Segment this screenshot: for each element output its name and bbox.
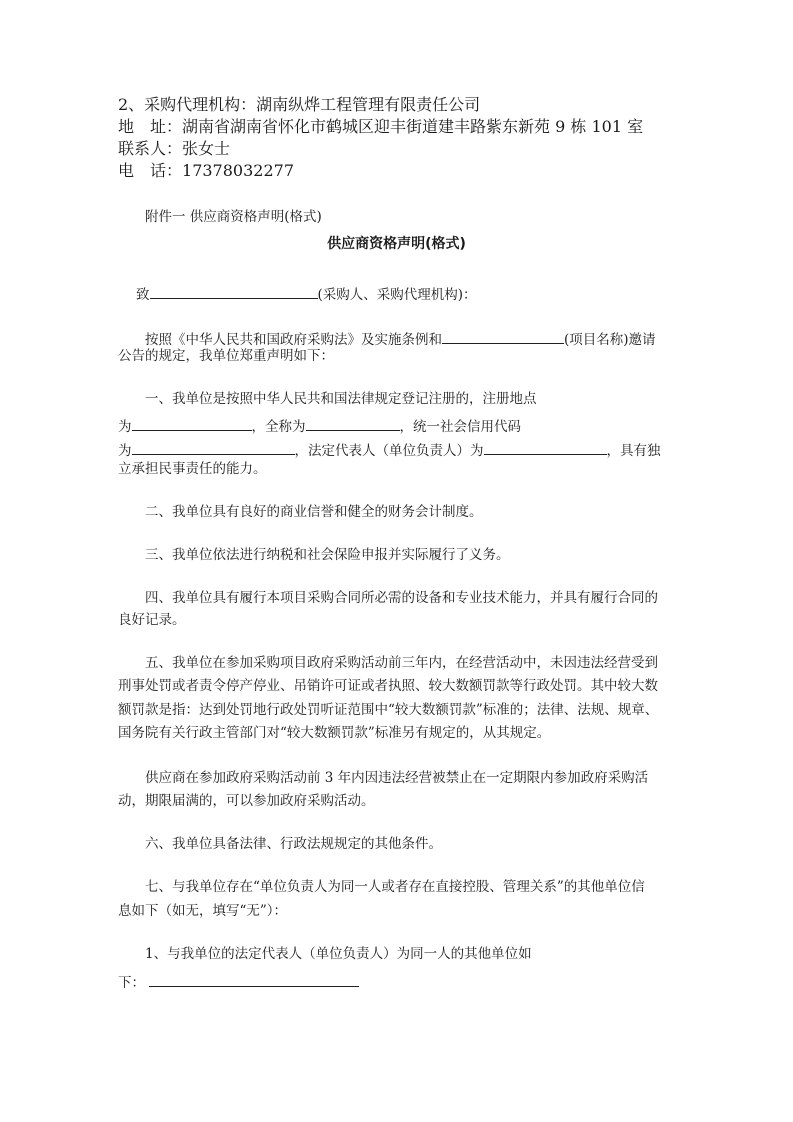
intro-text-suffix: (项目名称)邀请: [564, 332, 656, 348]
intro-line-2: 公告的规定，我单位郑重声明如下：: [118, 350, 334, 364]
addressee-line: 致(采购人、采购代理机构)：: [136, 284, 477, 303]
item1-text: 为: [118, 443, 132, 459]
item1-text: ，统一社会信用代码: [400, 419, 522, 435]
addressee-blank[interactable]: [150, 284, 318, 299]
phone-value: 17378032277: [182, 161, 294, 180]
attachment-label: 附件一 供应商资格声明(格式): [145, 211, 322, 225]
address-value: 湖南省湖南省怀化市鹤城区迎丰街道建丰路紫东新苑 9 栋 101 室: [182, 117, 643, 136]
note-line-1: 供应商在参加政府采购活动前 3 年内因违法经营被禁止在一定期限内参加政府采购活: [145, 772, 648, 786]
related-entity-blank[interactable]: [149, 972, 359, 987]
contact-person: 张女士: [182, 139, 230, 158]
item6: 六、我单位具备法律、行政法规规定的其他条件。: [145, 838, 442, 852]
item4-line-2: 良好记录。: [118, 614, 186, 628]
agency-line: 2、采购代理机构：湖南纵烨工程管理有限责任公司: [118, 97, 480, 113]
registration-place-blank[interactable]: [132, 416, 252, 431]
sub1-line-2: 下：: [118, 972, 359, 991]
item5-line-3: 额罚款是指：达到处罚地行政处罚听证范围中“较大数额罚款”标准的；法律、法规、规章…: [118, 704, 658, 718]
item1-line-1: 一、我单位是按照中华人民共和国法律规定登记注册的，注册地点: [145, 393, 537, 407]
item3: 三、我单位依法进行纳税和社会保险申报并实际履行了义务。: [145, 549, 510, 563]
item5-line-4: 国务院有关行政主管部门对“较大数额罚款”标准另有规定的，从其规定。: [118, 727, 550, 741]
item5-line-2: 刑事处罚或者责令停产停业、吊销许可证或者执照、较大数额罚款等行政处罚。其中较大数: [118, 680, 658, 694]
addressee-prefix: 致: [136, 287, 150, 303]
item1-line-2: 为，全称为，统一社会信用代码: [118, 416, 521, 435]
item4-line-1: 四、我单位具有履行本项目采购合同所必需的设备和专业技术能力，并具有履行合同的: [145, 592, 658, 606]
item7-line-2: 息如下（如无，填写“无”）：: [118, 905, 287, 919]
addressee-suffix: (采购人、采购代理机构)：: [318, 287, 477, 303]
address-line: 地 址：湖南省湖南省怀化市鹤城区迎丰街道建丰路紫东新苑 9 栋 101 室: [118, 119, 643, 135]
item1-text: ，法定代表人（单位负责人）为: [295, 443, 484, 459]
item1-text: ，具有独: [607, 443, 661, 459]
full-name-blank[interactable]: [306, 416, 400, 431]
sub1-text: 下：: [118, 975, 145, 991]
note-line-2: 动，期限届满的，可以参加政府采购活动。: [118, 795, 375, 809]
intro-line-1: 按照《中华人民共和国政府采购法》及实施条例和(项目名称)邀请: [145, 329, 656, 348]
item2: 二、我单位具有良好的商业信誉和健全的财务会计制度。: [145, 506, 483, 520]
address-label: 地 址：: [118, 117, 182, 136]
item1-text: ，全称为: [252, 419, 306, 435]
phone-label: 电 话：: [118, 161, 182, 180]
item1-text: 为: [118, 419, 132, 435]
sub1-line-1: 1、与我单位的法定代表人（单位负责人）为同一人的其他单位如: [145, 948, 532, 962]
project-name-blank[interactable]: [442, 329, 564, 344]
item1-line-3: 为，法定代表人（单位负责人）为，具有独: [118, 440, 661, 459]
phone-line: 电 话：17378032277: [118, 163, 294, 179]
document-title: 供应商资格声明(格式): [0, 237, 793, 251]
item1-line-4: 立承担民事责任的能力。: [118, 463, 267, 477]
legal-rep-blank[interactable]: [484, 440, 607, 455]
credit-code-blank[interactable]: [132, 440, 295, 455]
intro-text: 按照《中华人民共和国政府采购法》及实施条例和: [145, 332, 442, 348]
contact-line: 联系人：张女士: [118, 141, 230, 157]
item7-line-1: 七、与我单位存在“单位负责人为同一人或者存在直接控股、管理关系”的其他单位信: [145, 881, 645, 895]
contact-label: 联系人：: [118, 139, 182, 158]
item5-line-1: 五、我单位在参加采购项目政府采购活动前三年内，在经营活动中，未因违法经营受到: [145, 657, 658, 671]
